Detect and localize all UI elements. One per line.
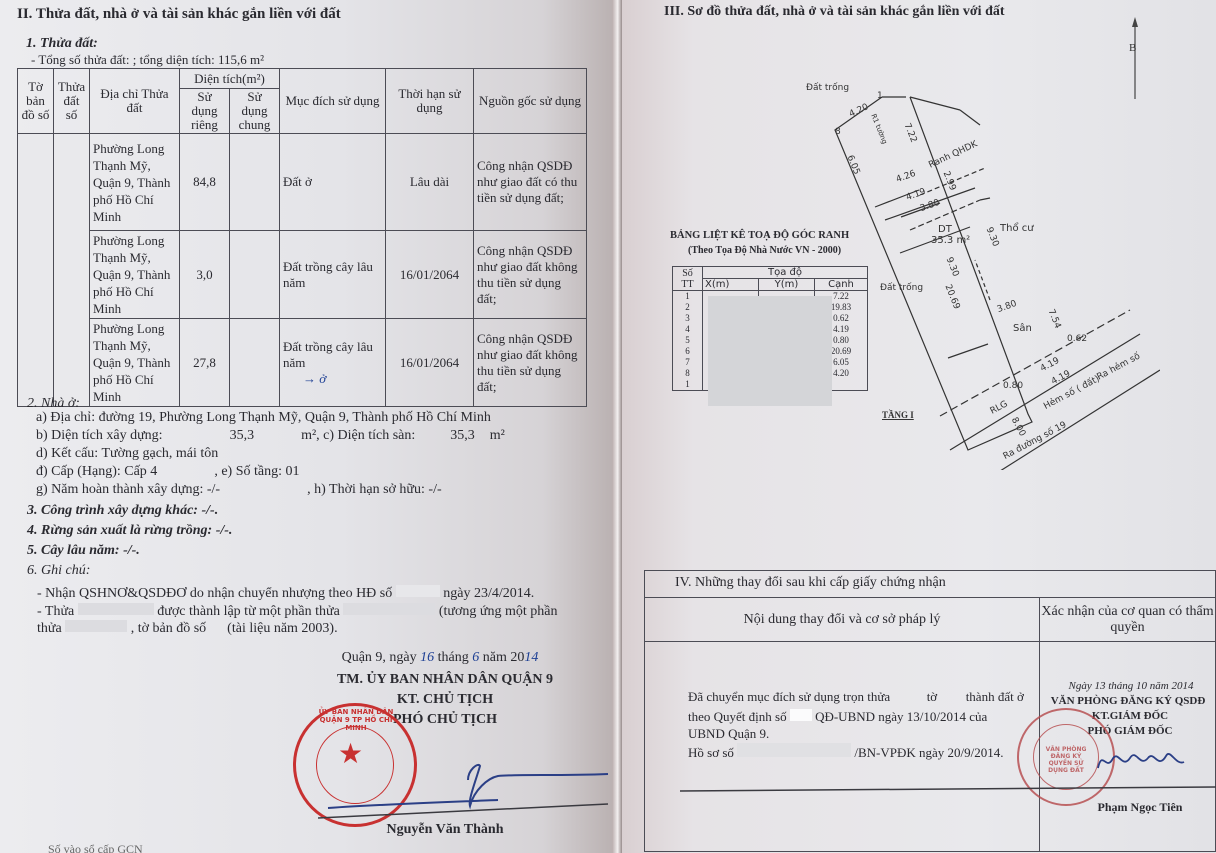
coord-table-title: BẢNG LIỆT KÊ TOẠ ĐỘ GÓC RANH [670, 230, 849, 241]
purpose-cell: Đất trồng cây lâu năm → ở [280, 319, 386, 407]
signature-date: Quận 9, ngày 16 tháng 6 năm 2014 [305, 650, 575, 666]
col-address: Địa chỉ Thửa đất [90, 69, 180, 134]
authority-office: VĂN PHÒNG ĐĂNG KÝ QSDĐ [1040, 695, 1216, 707]
house-address: a) Địa chỉ: đường 19, Phường Long Thạnh … [36, 410, 491, 426]
area-private-cell: 84,8 [180, 134, 230, 231]
note-map-sheet: , tờ bản đồ số [131, 621, 206, 636]
note-parcel-2: thửa [37, 621, 62, 636]
change-line-3: UBND Quận 9. [688, 726, 769, 742]
col-origin: Nguồn gốc sử dụng [474, 69, 587, 134]
point-no-cell: 3 [673, 313, 703, 324]
col-area-group: Diện tích(m²) [180, 69, 280, 89]
area-shared-cell [230, 319, 280, 407]
area-private-cell: 27,8 [180, 319, 230, 407]
north-label: B [1129, 42, 1136, 54]
floor-area-value: 35,3 [450, 428, 475, 443]
point-no-cell: 6 [673, 346, 703, 357]
year-label: năm 20 [483, 650, 525, 665]
col-no: Số TT [673, 267, 703, 291]
land-heading: 1. Thửa đất: [26, 36, 98, 52]
house-floors: , e) Số tầng: 01 [214, 464, 299, 479]
point-no-cell: 4 [673, 324, 703, 335]
stamp-text: ỦY BAN NHÂN DÂN QUẬN 9 TP HỒ CHÍ MINH [318, 708, 394, 732]
signature-year: 14 [524, 650, 538, 665]
col-x: X(m) [703, 279, 759, 291]
parcel-no-cell [54, 134, 90, 407]
note-transfer-date: ngày 23/4/2014. [443, 586, 534, 601]
authority-signature-icon [1090, 740, 1200, 780]
label-area: DT [938, 224, 952, 235]
signing-organization: TM. ỦY BAN NHÂN DÂN QUẬN 9 [310, 672, 580, 688]
month-label: tháng [438, 650, 469, 665]
signature-month: 6 [472, 650, 479, 665]
change-text: Đã chuyển mục đích sử dụng trọn thửa [688, 689, 890, 704]
point-no-cell: 5 [673, 335, 703, 346]
origin-cell: Công nhận QSDĐ như giao đất không thu ti… [474, 319, 587, 407]
dossier-ref: /BN-VPĐK ngày 20/9/2014. [854, 745, 1003, 760]
change-line-4: Hồ sơ số /BN-VPĐK ngày 20/9/2014. [688, 743, 1004, 761]
registration-stamp-text: VĂN PHÒNG ĐĂNG KÝ QUYỀN SỬ DỤNG ĐẤT [1043, 746, 1089, 774]
col-y: Y(m) [759, 279, 815, 291]
table-row: Phường Long Thạnh Mỹ, Quận 9, Thành phố … [18, 231, 587, 319]
authority-signer-name: Phạm Ngọc Tiên [1080, 800, 1200, 815]
area-shared-cell [230, 231, 280, 319]
decision-ref: QĐ-UBND ngày 13/10/2014 của [815, 709, 987, 724]
point-no-cell: 7 [673, 357, 703, 368]
origin-cell: Công nhận QSDĐ như giao đất không thu ti… [474, 231, 587, 319]
authority-date: Ngày 13 tháng 10 năm 2014 [1046, 680, 1216, 692]
col-change-content: Nội dung thay đổi và cơ sở pháp lý [645, 598, 1040, 642]
origin-cell: Công nhận QSDĐ như giao đất có thu tiền … [474, 134, 587, 231]
col-area-private: Sử dụng riêng [180, 89, 230, 134]
table-row: Phường Long Thạnh Mỹ, Quận 9, Thành phố … [18, 319, 587, 407]
redacted-coordinates [708, 296, 832, 406]
house-area-line: b) Diện tích xây dựng: 35,3 m², c) Diện … [36, 428, 505, 444]
house-year-line: g) Năm hoàn thành xây dựng: -/- , h) Thờ… [36, 482, 442, 498]
note-line-1: - Nhận QSHNƠ&QSDĐƠ do nhận chuyển nhượng… [37, 585, 534, 602]
land-summary: - Tổng số thửa đất: ; tổng diện tích: 11… [31, 52, 264, 68]
note-doc-year: (tài liệu năm 2003). [227, 621, 337, 636]
duration-cell: 16/01/2064 [386, 231, 474, 319]
note-line-2: - Thửa được thành lập từ một phần thửa (… [37, 603, 557, 620]
year-built: g) Năm hoàn thành xây dựng: -/- [36, 482, 220, 497]
note-parcel: - Thửa [37, 604, 74, 619]
note-transfer: - Nhận QSHNƠ&QSDĐƠ do nhận chuyển nhượng… [37, 586, 392, 601]
dim-0-62: 0.62 [1067, 334, 1087, 344]
point-label: 8 [835, 127, 841, 137]
house-grade: đ) Cấp (Hạng): Cấp 4 [36, 464, 157, 479]
duration-cell: Lâu dài [386, 134, 474, 231]
duration-cell: 16/01/2064 [386, 319, 474, 407]
perennial: 5. Cây lâu năm: -/-. [27, 543, 140, 559]
coord-table-subtitle: (Theo Tọa Độ Nhà Nước VN - 2000) [688, 245, 841, 256]
redacted-contract-no [396, 585, 440, 597]
area-shared-cell [230, 134, 280, 231]
col-parcel-no: Thửa đất số [54, 69, 90, 134]
change-to-residential: thành đất ở [966, 689, 1024, 704]
col-purpose: Mục đích sử dụng [280, 69, 386, 134]
col-map-sheet: Tờ bản đồ số [18, 69, 54, 134]
point-no-cell: 8 [673, 368, 703, 379]
dim-0-80: 0.80 [1003, 381, 1023, 391]
signer-name: Nguyễn Văn Thành [345, 822, 545, 838]
purpose-cell: Đất trồng cây lâu năm [280, 231, 386, 319]
col-coords: Tọa độ [703, 267, 868, 279]
point-no-cell: 2 [673, 302, 703, 313]
map-sheet-cell [18, 134, 54, 407]
label-yard: Sân [1013, 323, 1032, 334]
point-label: 1 [877, 91, 883, 101]
notes-heading: 6. Ghi chú: [27, 563, 90, 579]
change-line-2: theo Quyết định số QĐ-UBND ngày 13/10/20… [688, 709, 987, 725]
handwritten-purpose-note: → ở [283, 371, 326, 386]
address-cell: Phường Long Thạnh Mỹ, Quận 9, Thành phố … [90, 231, 180, 319]
point-no-cell: 1 [673, 291, 703, 303]
build-area-label: b) Diện tích xây dựng: [36, 428, 163, 443]
redacted-parcel-no-2 [65, 620, 127, 632]
section-ii-title: II. Thửa đất, nhà ở và tài sản khác gắn … [17, 6, 341, 23]
redacted-parcel-no [78, 603, 154, 615]
label-floor: TẦNG I [882, 410, 914, 420]
col-duration: Thời hạn sử dụng [386, 69, 474, 134]
note-corresponding: (tương ứng một phần [439, 604, 558, 619]
col-authority: Xác nhận của cơ quan có thẩm quyền [1040, 598, 1216, 642]
signature-day: 16 [420, 650, 434, 665]
change-line-1: Đã chuyển mục đích sử dụng trọn thửa tờ … [688, 689, 1024, 705]
label-area-value: 35.3 m² [931, 235, 970, 246]
date-prefix: Quận 9, ngày [342, 650, 417, 665]
changes-title: IV. Những thay đổi sau khi cấp giấy chứn… [645, 571, 1216, 598]
floor-area-unit: m² [490, 428, 505, 443]
forest: 4. Rừng sản xuất là rừng trồng: -/-. [27, 523, 232, 539]
signature-stroke-icon [318, 760, 616, 820]
col-area-shared: Sử dụng chung [230, 89, 280, 134]
house-structure: d) Kết cấu: Tường gạch, mái tôn [36, 446, 218, 462]
registry-footer: Số vào sổ cấp GCN [48, 842, 143, 853]
dossier-label: Hồ sơ số [688, 745, 734, 760]
build-area-value: 35,3 [230, 428, 255, 443]
note-parcel-origin: được thành lập từ một phần thửa [157, 604, 340, 619]
land-parcel-table: Tờ bản đồ số Thửa đất số Địa chỉ Thửa đấ… [17, 68, 587, 407]
col-edge: Cạnh [815, 279, 868, 291]
ownership-term: , h) Thời hạn sở hữu: -/- [307, 482, 442, 497]
purpose-cell: Đất ở [280, 134, 386, 231]
section-iii-title: III. Sơ đồ thửa đất, nhà ở và tài sản kh… [664, 4, 1005, 20]
area-private-cell: 3,0 [180, 231, 230, 319]
redacted-dossier-no [737, 743, 851, 757]
decision-label: theo Quyết định số [688, 709, 787, 724]
house-grade-line: đ) Cấp (Hạng): Cấp 4 , e) Số tầng: 01 [36, 464, 299, 480]
note-line-3: thửa , tờ bản đồ số (tài liệu năm 2003). [37, 620, 338, 637]
certificate-left-page: II. Thửa đất, nhà ở và tài sản khác gắn … [0, 0, 616, 853]
other-works: 3. Công trình xây dựng khác: -/-. [27, 503, 218, 519]
label-residential: Thổ cư [1000, 223, 1034, 234]
redacted-decision-no [790, 709, 812, 721]
change-sheet: tờ [927, 689, 938, 704]
label-empty-land-top: Đất trống [806, 83, 849, 93]
table-row: Phường Long Thạnh Mỹ, Quận 9, Thành phố … [18, 134, 587, 231]
address-cell: Phường Long Thạnh Mỹ, Quận 9, Thành phố … [90, 319, 180, 407]
label-empty-land-left: Đất trống [880, 283, 923, 293]
floor-area-label: m², c) Diện tích sàn: [301, 428, 415, 443]
address-cell: Phường Long Thạnh Mỹ, Quận 9, Thành phố … [90, 134, 180, 231]
redacted-source-parcel [343, 603, 435, 615]
point-no-cell: 1 [673, 379, 703, 391]
purpose-text: Đất trồng cây lâu năm [283, 339, 373, 370]
